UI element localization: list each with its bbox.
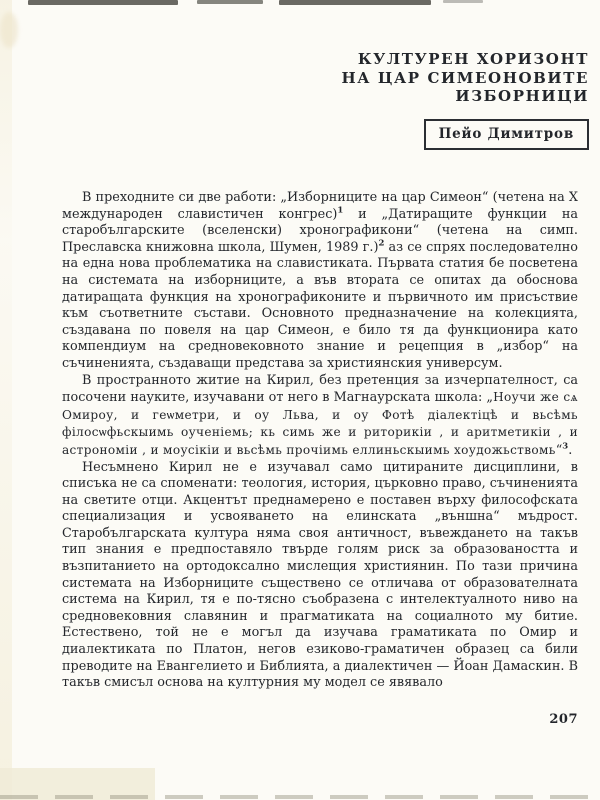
article-title-line: НА ЦАР СИМЕОНОВИТЕ [341,69,589,88]
body-text: В преходните си две работи: „Изборниците… [62,190,578,692]
scan-artifact-bottom-smudge [0,768,155,800]
paragraph: В пространното житие на Кирил, без прете… [62,373,578,460]
paragraph-text: . [568,443,572,458]
paragraph: Несъмнено Кирил не е изучавал само цитир… [62,460,578,692]
scan-artifact-edge-tint [0,0,12,800]
paragraph: В преходните си две работи: „Изборниците… [62,190,578,373]
paragraph-text: аз се спрях последователно на една нова … [62,240,578,371]
scan-artifact-top-band [28,0,178,5]
paragraph-text: Несъмнено Кирил не е изучавал само цитир… [62,460,578,691]
page-number: 207 [549,712,578,727]
scan-artifact-smudge [0,12,18,48]
article-title-line: КУЛТУРЕН ХОРИЗОНТ [341,50,589,69]
article-header: КУЛТУРЕН ХОРИЗОНТ НА ЦАР СИМЕОНОВИТЕ ИЗБ… [341,50,589,150]
author-box-wrap: Пейо Димитров [341,119,589,150]
author-name: Пейо Димитров [424,119,589,150]
scan-artifact-top-band [443,0,483,3]
scan-artifact-top-band [197,0,263,4]
scanned-document-page: КУЛТУРЕН ХОРИЗОНТ НА ЦАР СИМЕОНОВИТЕ ИЗБ… [0,0,600,800]
article-title-line: ИЗБОРНИЦИ [341,87,589,106]
scan-artifact-top-band [279,0,431,5]
scan-artifact-bottom-edge [0,795,600,799]
